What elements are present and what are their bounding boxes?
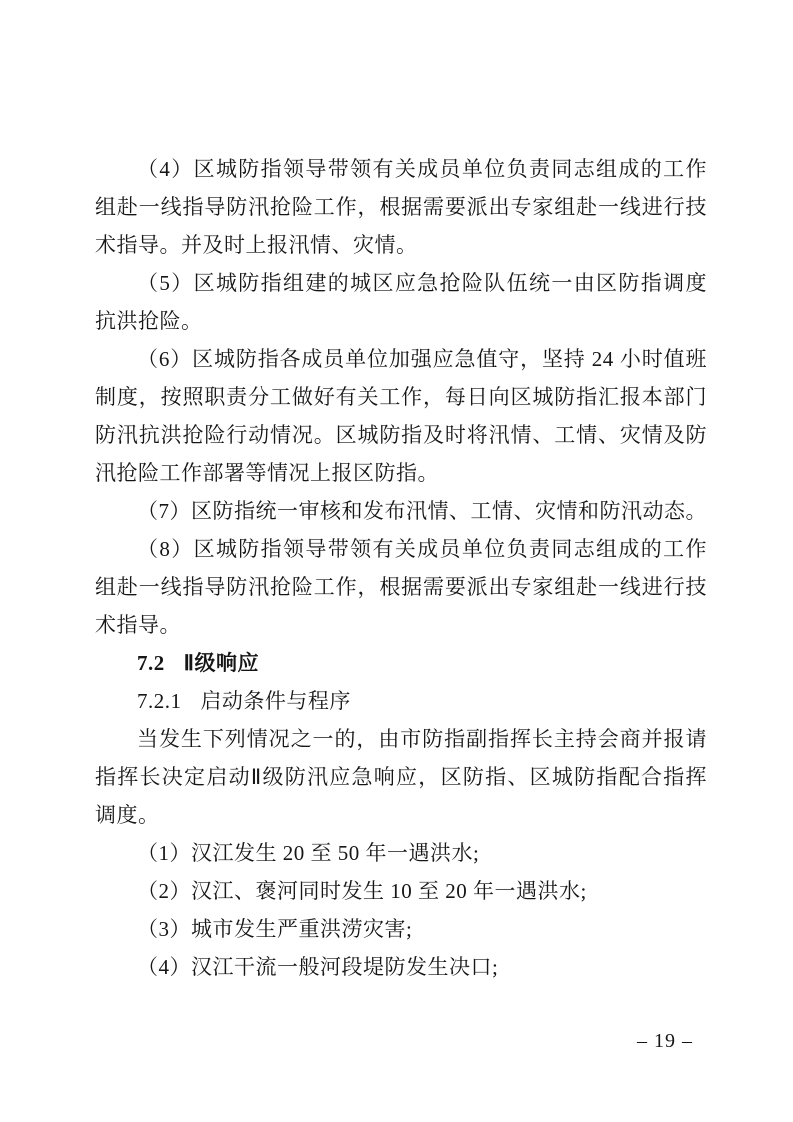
paragraph-line: 组赴一线指导防汛抢险工作，根据需要派出专家组赴一线进行技 xyxy=(95,568,707,606)
heading-number: 7.2.1 xyxy=(137,689,182,713)
paragraph-line: （6）区城防指各成员单位加强应急值守，坚持 24 小时值班 xyxy=(95,340,707,378)
document-body: （4）区城防指领导带领有关成员单位负责同志组成的工作 组赴一线指导防汛抢险工作，… xyxy=(95,150,707,986)
paragraph-line: 术指导。 xyxy=(95,606,707,644)
paragraph-line: 制度，按照职责分工做好有关工作，每日向区城防指汇报本部门 xyxy=(95,378,707,416)
paragraph-line: （7）区防指统一审核和发布汛情、工情、灾情和防汛动态。 xyxy=(95,492,707,530)
paragraph-line: 指挥长决定启动Ⅱ级防汛应急响应，区防指、区城防指配合指挥 xyxy=(95,758,707,796)
page-number: – 19 – xyxy=(637,1028,693,1054)
paragraph-line: （4）区城防指领导带领有关成员单位负责同志组成的工作 xyxy=(95,150,707,188)
paragraph-line: 组赴一线指导防汛抢险工作，根据需要派出专家组赴一线进行技 xyxy=(95,188,707,226)
paragraph-line: 汛抢险工作部署等情况上报区防指。 xyxy=(95,454,707,492)
paragraph-line: 术指导。并及时上报汛情、灾情。 xyxy=(95,226,707,264)
section-heading-7-2: 7.2Ⅱ级响应 xyxy=(95,644,707,682)
paragraph-line: 防汛抗洪抢险行动情况。区城防指及时将汛情、工情、灾情及防 xyxy=(95,416,707,454)
list-item-line: （1）汉江发生 20 至 50 年一遇洪水; xyxy=(95,834,707,872)
list-item-line: （3）城市发生严重洪涝灾害; xyxy=(95,910,707,948)
section-heading-7-2-1: 7.2.1启动条件与程序 xyxy=(95,682,707,720)
paragraph-line: （5）区城防指组建的城区应急抢险队伍统一由区防指调度 xyxy=(95,264,707,302)
list-item-line: （4）汉江干流一般河段堤防发生决口; xyxy=(95,948,707,986)
heading-title: 启动条件与程序 xyxy=(200,689,351,713)
paragraph-line: 抗洪抢险。 xyxy=(95,302,707,340)
paragraph-line: 当发生下列情况之一的，由市防指副指挥长主持会商并报请 xyxy=(95,720,707,758)
list-item-line: （2）汉江、褒河同时发生 10 至 20 年一遇洪水; xyxy=(95,872,707,910)
heading-number: 7.2 xyxy=(137,651,165,675)
paragraph-line: 调度。 xyxy=(95,796,707,834)
paragraph-line: （8）区城防指领导带领有关成员单位负责同志组成的工作 xyxy=(95,530,707,568)
document-page: （4）区城防指领导带领有关成员单位负责同志组成的工作 组赴一线指导防汛抢险工作，… xyxy=(0,0,793,1122)
heading-title: Ⅱ级响应 xyxy=(184,651,259,675)
